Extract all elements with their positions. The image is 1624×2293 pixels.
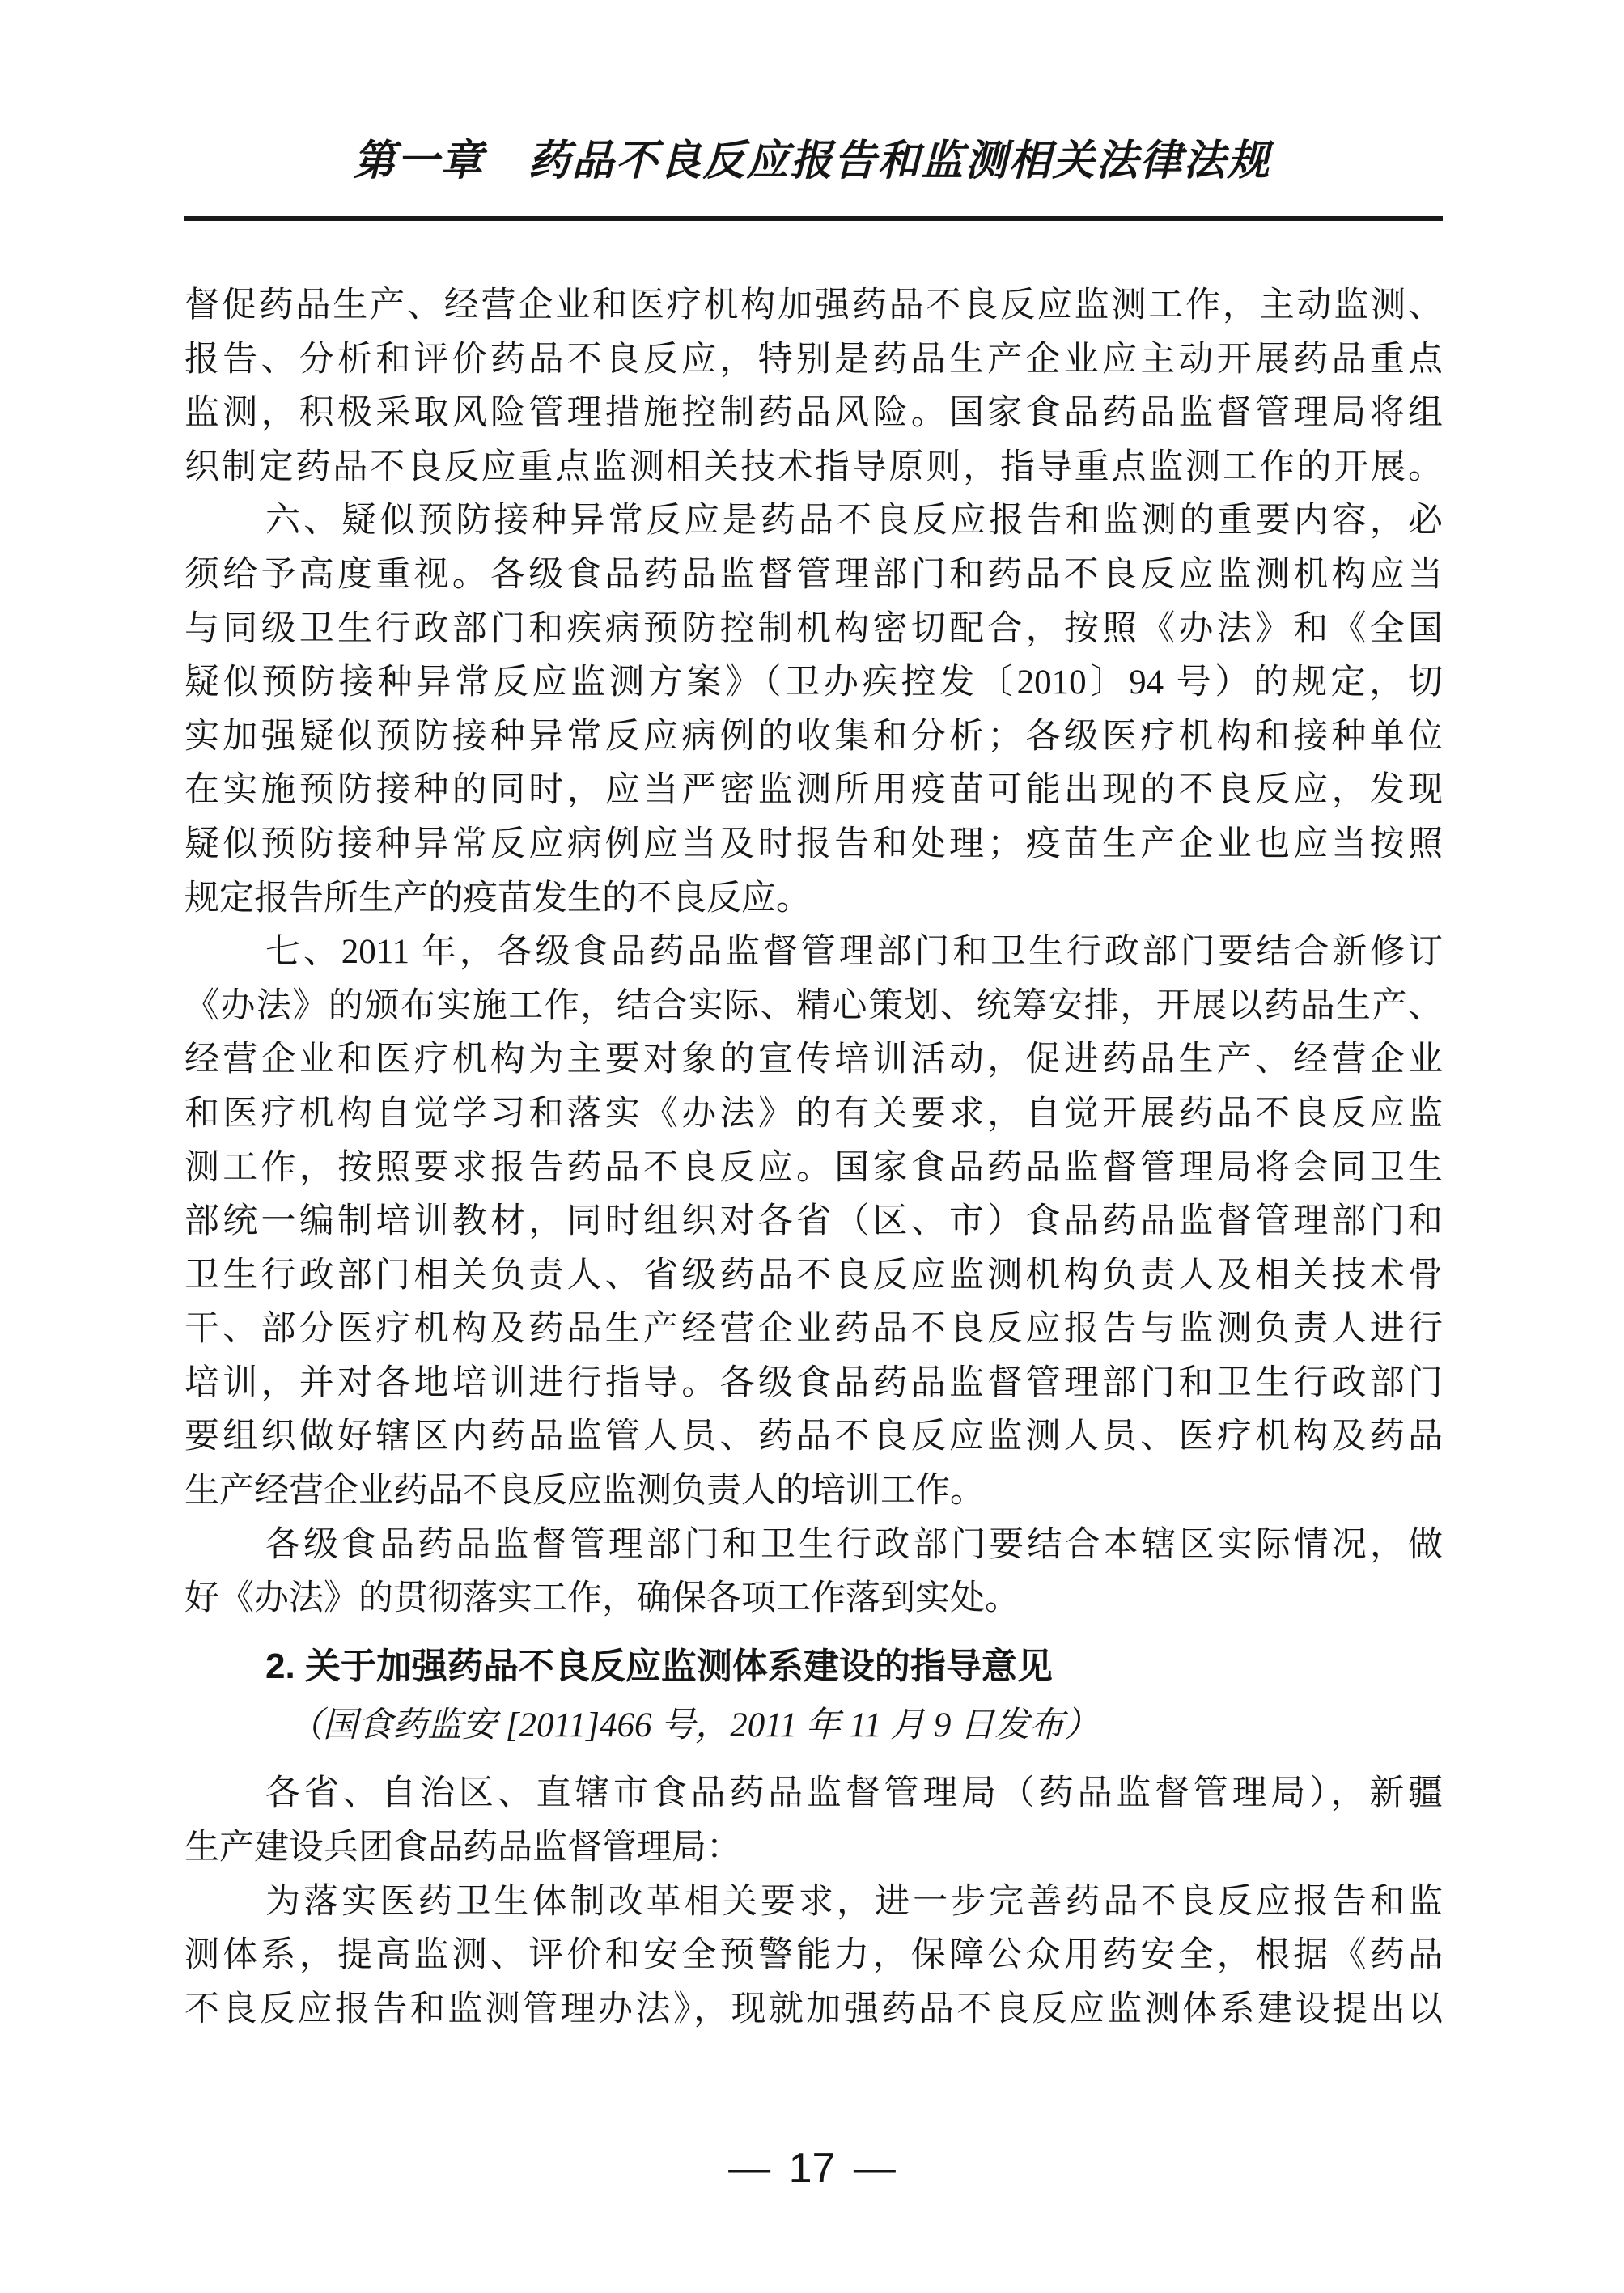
- text-line: 督促药品生产、经营企业和医疗机构加强药品不良反应监测工作，主动监测、: [184, 279, 1443, 333]
- text-line: 织制定药品不良反应重点监测相关技术指导原则，指导重点监测工作的开展。: [184, 441, 1443, 495]
- text-line: 生产建设兵团食品药品监督管理局：: [184, 1821, 1443, 1876]
- text-line: 实加强疑似预防接种异常反应病例的收集和分析；各级医疗机构和接种单位: [184, 710, 1443, 765]
- document-page: 第一章 药品不良反应报告和监测相关法律法规 督促药品生产、经营企业和医疗机构加强…: [0, 0, 1624, 2293]
- text-line: 疑似预防接种异常反应监测方案》（卫办疾控发〔2010〕94 号）的规定，切: [184, 656, 1443, 710]
- text-line: 各省、自治区、直辖市食品药品监督管理局（药品监督管理局），新疆: [184, 1767, 1443, 1821]
- text-line: 卫生行政部门相关负责人、省级药品不良反应监测机构负责人及相关技术骨: [184, 1249, 1443, 1303]
- text-line: 测体系，提高监测、评价和安全预警能力，保障公众用药安全，根据《药品: [184, 1929, 1443, 1983]
- header-rule: [184, 216, 1443, 221]
- text-line: 培训，并对各地培训进行指导。各级食品药品监督管理部门和卫生行政部门: [184, 1357, 1443, 1411]
- text-line: 规定报告所生产的疫苗发生的不良反应。: [184, 872, 1443, 926]
- text-line: 与同级卫生行政部门和疾病预防控制机构密切配合，按照《办法》和《全国: [184, 603, 1443, 657]
- text-line: 在实施预防接种的同时，应当严密监测所用疫苗可能出现的不良反应，发现: [184, 764, 1443, 818]
- text-line: 不良反应报告和监测管理办法》，现就加强药品不良反应监测体系建设提出以: [184, 1983, 1443, 2037]
- text-line: 疑似预防接种异常反应病例应当及时报告和处理；疫苗生产企业也应当按照: [184, 818, 1443, 872]
- text-line: 和医疗机构自觉学习和落实《办法》的有关要求，自觉开展药品不良反应监: [184, 1087, 1443, 1142]
- issue-info: （国食药监安 [2011]466 号，2011 年 11 月 9 日发布）: [184, 1699, 1443, 1753]
- text-line: 七、2011 年，各级食品药品监督管理部门和卫生行政部门要结合新修订: [184, 926, 1443, 980]
- text-line: 干、部分医疗机构及药品生产经营企业药品不良反应报告与监测负责人进行: [184, 1303, 1443, 1357]
- body-text: 督促药品生产、经营企业和医疗机构加强药品不良反应监测工作，主动监测、 报告、分析…: [184, 279, 1443, 2037]
- text-line: 六、疑似预防接种异常反应是药品不良反应报告和监测的重要内容，必: [184, 494, 1443, 549]
- text-line: 《办法》的颁布实施工作，结合实际、精心策划、统筹安排，开展以药品生产、: [184, 980, 1443, 1034]
- text-line: 报告、分析和评价药品不良反应，特别是药品生产企业应主动开展药品重点: [184, 333, 1443, 388]
- text-line: 要组织做好辖区内药品监管人员、药品不良反应监测人员、医疗机构及药品: [184, 1410, 1443, 1464]
- section-heading: 2. 关于加强药品不良反应监测体系建设的指导意见: [184, 1638, 1443, 1695]
- text-line: 须给予高度重视。各级食品药品监督管理部门和药品不良反应监测机构应当: [184, 549, 1443, 603]
- text-line: 经营企业和医疗机构为主要对象的宣传培训活动，促进药品生产、经营企业: [184, 1033, 1443, 1087]
- text-line: 生产经营企业药品不良反应监测负责人的培训工作。: [184, 1464, 1443, 1519]
- text-line: 监测，积极采取风险管理措施控制药品风险。国家食品药品监督管理局将组: [184, 387, 1443, 441]
- page-number: — 17 —: [728, 2145, 896, 2192]
- page-footer: — 17 —: [0, 2146, 1624, 2191]
- text-line: 好《办法》的贯彻落实工作，确保各项工作落到实处。: [184, 1572, 1443, 1626]
- text-line: 部统一编制培训教材，同时组织对各省（区、市）食品药品监督管理部门和: [184, 1195, 1443, 1249]
- text-line: 测工作，按照要求报告药品不良反应。国家食品药品监督管理局将会同卫生: [184, 1142, 1443, 1196]
- text-line: 各级食品药品监督管理部门和卫生行政部门要结合本辖区实际情况，做: [184, 1519, 1443, 1573]
- chapter-header: 第一章 药品不良反应报告和监测相关法律法规: [182, 138, 1442, 184]
- text-line: 为落实医药卫生体制改革相关要求，进一步完善药品不良反应报告和监: [184, 1876, 1443, 1930]
